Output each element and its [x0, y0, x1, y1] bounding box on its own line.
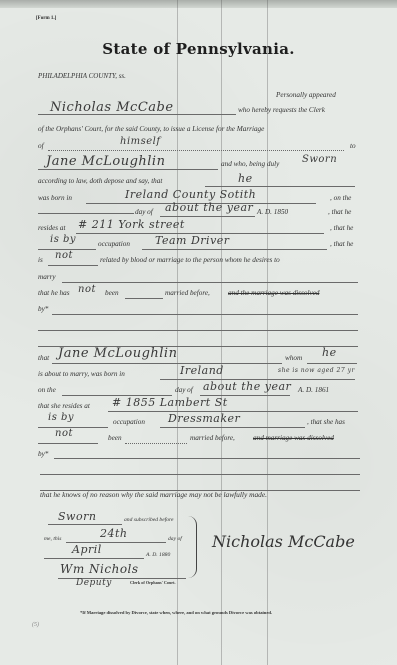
duly-value: Sworn	[302, 154, 337, 165]
fold-line	[267, 0, 268, 665]
resides-value: # 211 York street	[78, 218, 185, 231]
bride-day-value: about the year	[203, 380, 291, 393]
bride-born-value: Ireland	[180, 364, 224, 377]
applicant-name: Nicholas McCabe	[50, 100, 174, 115]
is-by-value: is by	[50, 234, 76, 245]
she-dissolved-struck: and marriage was dissolved	[253, 434, 334, 442]
that-he-label: , that he	[330, 240, 353, 248]
bride-name-2: Jane McLoughlin	[58, 346, 177, 361]
oath-brace	[188, 516, 197, 578]
form-number: [Form 1.]	[36, 16, 56, 21]
ad-2: A. D. 1880	[146, 552, 170, 558]
orphans-court-text: of the Orphans' Court, for the said Coun…	[38, 125, 264, 133]
that-he-label: , that he	[328, 208, 351, 216]
of-value: himself	[120, 136, 161, 147]
born-in-label: was born in	[38, 194, 72, 202]
knows-text: that he knows of no reason why the said …	[40, 490, 267, 499]
to-label: to	[350, 142, 356, 150]
bride-day-of: day of	[175, 386, 193, 394]
she-is-by-value: is by	[48, 412, 74, 423]
according-text: according to law, doth depose and say, t…	[38, 177, 162, 185]
ad-label: A. D. 1850	[257, 208, 288, 216]
personally-appeared: Personally appeared	[276, 91, 336, 99]
has-text: that he has	[38, 289, 70, 297]
been-text: been	[105, 289, 119, 297]
marriage-license-document: [Form 1.] State of Pennsylvania. PHILADE…	[0, 0, 397, 665]
dissolved-struck-text: and the marriage was dissolved	[228, 289, 319, 297]
resides-label: resides at	[38, 224, 65, 232]
she-resides-text: that she resides at	[38, 402, 90, 410]
she-has-value: not	[55, 428, 73, 439]
she-occupation-label: occupation	[113, 418, 145, 426]
me-this-label: me, this	[44, 536, 61, 542]
clerk-label: Clerk of Orphans' Court.	[130, 580, 176, 585]
requests-text: who hereby requests the Clerk	[238, 106, 325, 114]
marry-label: marry	[38, 273, 56, 281]
is-label: is	[38, 256, 43, 264]
whom-value: he	[322, 346, 337, 359]
born-in-value: Ireland County Sotith	[125, 188, 256, 201]
day-of-label: day of	[135, 208, 153, 216]
she-been: been	[108, 434, 122, 442]
bride-ad: A. D. 1861	[298, 386, 329, 394]
sworn-value: Sworn	[58, 510, 96, 523]
footnote: *If Marriage dissolved by Divorce, state…	[80, 610, 272, 615]
bride-on-the: on the	[38, 386, 56, 394]
that-she-has: , that she has	[307, 418, 345, 426]
month-value: April	[72, 543, 102, 556]
corner-mark: (5)	[32, 622, 39, 628]
by-label: by*	[38, 305, 48, 313]
day-of-value: about the year	[165, 201, 253, 214]
she-occupation-value: Dressmaker	[168, 412, 240, 425]
bride-born-note: she is now aged 27 yr	[278, 367, 355, 374]
related-text: related by blood or marriage to the pers…	[100, 256, 280, 264]
day-value: 24th	[100, 527, 128, 540]
fold-line	[221, 0, 222, 665]
county-label: PHILADELPHIA COUNTY, ss.	[38, 72, 126, 80]
whom-label: whom	[285, 354, 302, 362]
duly-text: and who, being duly	[221, 160, 279, 168]
subscribed-text: and subscribed before	[124, 517, 174, 523]
scan-edge	[0, 0, 397, 8]
that-he-label: , that he	[330, 224, 353, 232]
occupation-label: occupation	[98, 240, 130, 248]
that-value: he	[238, 172, 253, 185]
she-by-label: by*	[38, 450, 48, 458]
bride-that-label: that	[38, 354, 49, 362]
has-value: not	[78, 284, 96, 295]
on-the-label: , on the	[330, 194, 351, 202]
married-before-text: married before,	[165, 289, 210, 297]
document-title: State of Pennsylvania.	[0, 40, 397, 58]
about-marry-text: is about to marry, was born in	[38, 370, 125, 378]
of-label: of	[38, 142, 44, 150]
day-of-2: day of	[168, 536, 182, 542]
clerk-signature: Wm Nichols	[60, 562, 139, 576]
fold-line	[177, 0, 178, 665]
she-married-before: married before,	[190, 434, 235, 442]
bride-name: Jane McLoughlin	[46, 154, 165, 169]
occupation-value: Team Driver	[155, 234, 230, 247]
clerk-sub: Deputy	[76, 578, 112, 588]
applicant-signature: Nicholas McCabe	[212, 532, 355, 551]
she-resides-value: # 1855 Lambert St	[112, 396, 228, 409]
is-value: not	[55, 250, 73, 261]
